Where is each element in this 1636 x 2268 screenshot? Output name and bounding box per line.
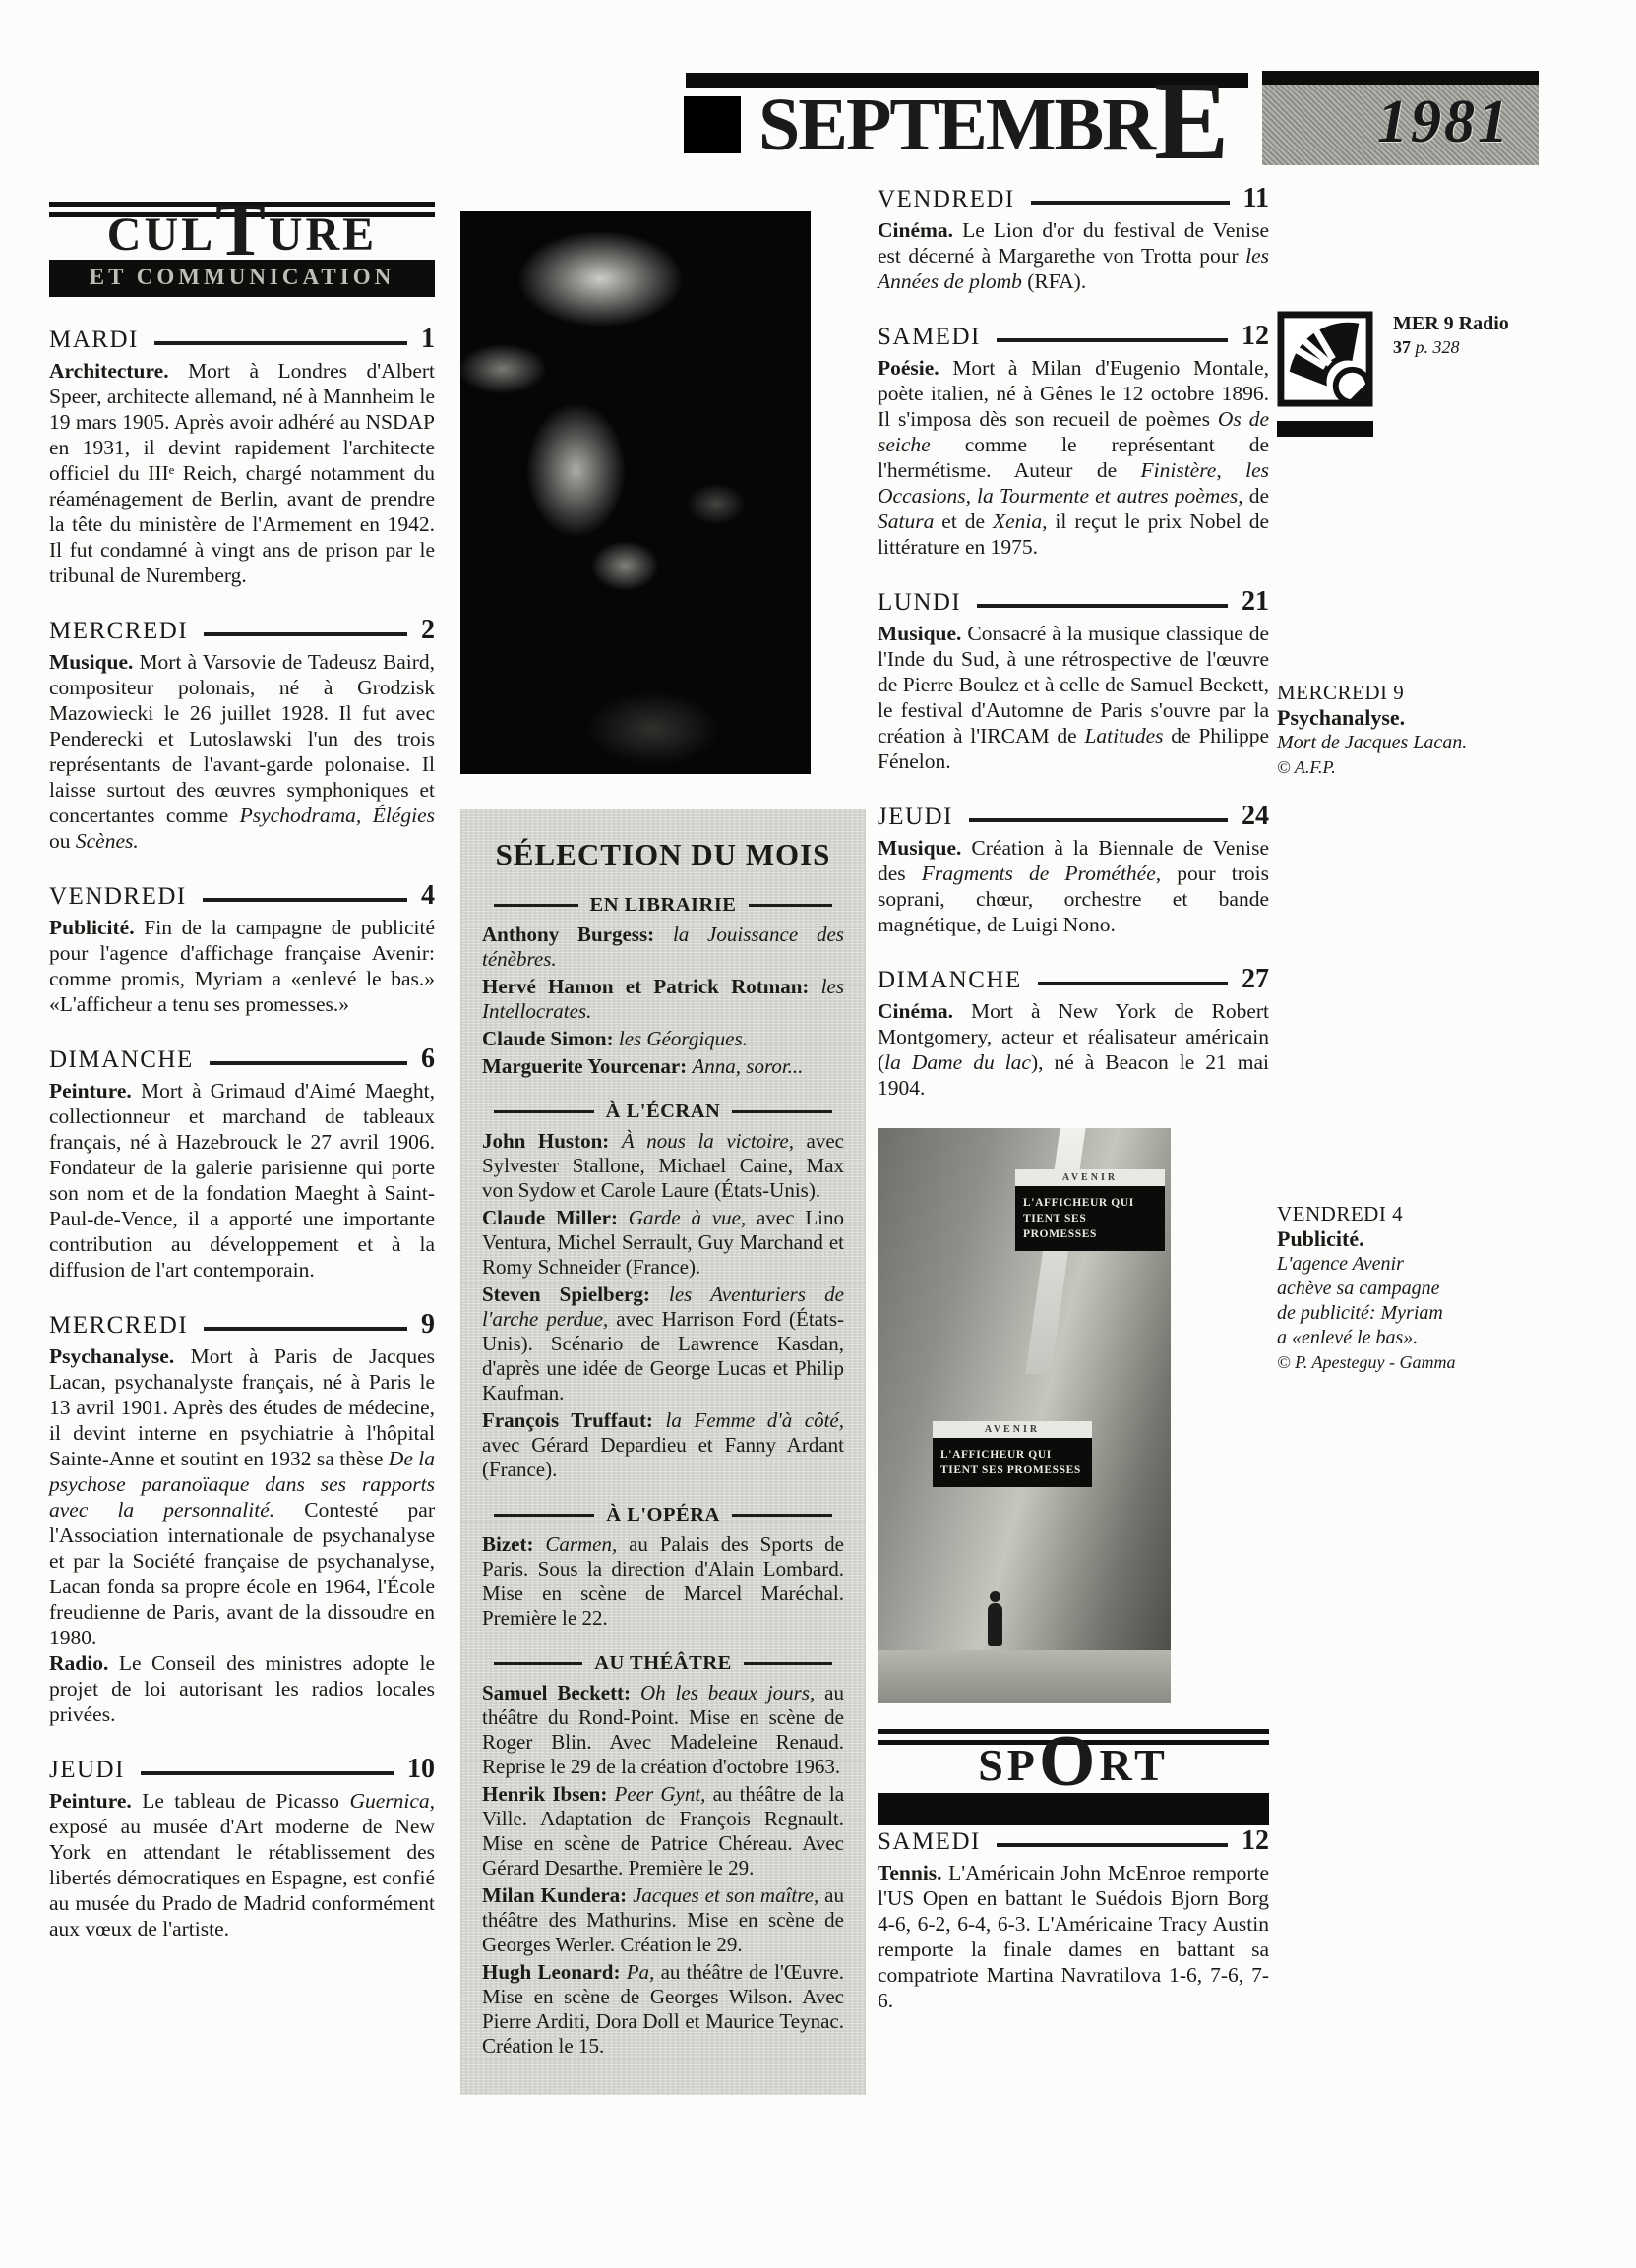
entry-paragraph: Psychanalyse. Mort à Paris de Jacques La… xyxy=(49,1343,435,1650)
day-number: 1 xyxy=(421,324,435,355)
text-run: Mort à Grimaud d'Aimé Maeght, collection… xyxy=(49,1079,435,1282)
day-rule xyxy=(1031,201,1230,205)
middle-column: SÉLECTION DU MOIS EN LIBRAIRIEAnthony Bu… xyxy=(460,211,866,2095)
author-name: Bizet: xyxy=(482,1532,545,1556)
day-entry: JEUDI24Musique. Création à la Biennale d… xyxy=(878,801,1269,937)
entry-paragraph: Poésie. Mort à Milan d'Eugenio Montale, … xyxy=(878,355,1269,560)
italic-title-text: Xenia, xyxy=(993,509,1048,533)
page-number: p. 328 xyxy=(1416,337,1460,357)
day-entry: JEUDI10Peinture. Le tableau de Picasso G… xyxy=(49,1754,435,1941)
italic-title-text: Oh les beaux jours, xyxy=(640,1681,815,1704)
selection-sections: EN LIBRAIRIEAnthony Burgess: la Jouissan… xyxy=(482,894,844,2059)
square-bullet-icon xyxy=(684,96,741,153)
day-rule xyxy=(204,1327,407,1331)
caption-credit: © A.F.P. xyxy=(1277,757,1535,778)
entry-category: Publicité. xyxy=(49,916,144,939)
text-run: Mort à Varsovie de Tadeusz Baird, compos… xyxy=(49,650,435,827)
day-entry-header: MARDI1 xyxy=(49,324,435,355)
text-run: (RFA). xyxy=(1022,269,1086,293)
street-area xyxy=(878,1650,1171,1703)
day-entry-header: DIMANCHE27 xyxy=(878,964,1269,995)
section-rule xyxy=(494,1662,582,1666)
sport-entries: SAMEDI12Tennis. L'Américain John McEnroe… xyxy=(878,1825,1269,2013)
photo-caption-lacan: MERCREDI 9 Psychanalyse. Mort de Jacques… xyxy=(1277,681,1535,778)
entry-paragraph: Musique. Création à la Biennale de Venis… xyxy=(878,835,1269,937)
pedestrian-silhouette xyxy=(988,1603,1002,1646)
author-name: Samuel Beckett: xyxy=(482,1681,640,1704)
selection-section-header: AU THÉÂTRE xyxy=(482,1652,844,1675)
entry-category: Peinture. xyxy=(49,1789,142,1813)
day-entry: DIMANCHE27Cinéma. Mort à New York de Rob… xyxy=(878,964,1269,1101)
entry-category: Musique. xyxy=(878,836,971,860)
entry-category: Musique. xyxy=(49,650,139,674)
italic-title-text: Guernica, xyxy=(349,1789,435,1813)
culture-entries-left: MARDI1Architecture. Mort à Londres d'Alb… xyxy=(49,324,435,1941)
day-entry: LUNDI21Musique. Consacré à la musique cl… xyxy=(878,586,1269,774)
radio-reference: MER 9 Radio 37 p. 328 xyxy=(1277,311,1543,437)
italic-title-text: Jacques et son maître, xyxy=(633,1883,818,1907)
day-rule xyxy=(203,898,407,902)
italic-title-text: Scènes. xyxy=(76,829,139,853)
day-entry-header: VENDREDI4 xyxy=(49,880,435,912)
margin-divider-bar xyxy=(1277,421,1373,437)
day-entry: VENDREDI4Publicité. Fin de la campagne d… xyxy=(49,880,435,1017)
day-entry: SAMEDI12Poésie. Mort à Milan d'Eugenio M… xyxy=(878,321,1269,560)
culture-title: CULTURE xyxy=(49,213,435,257)
day-name: SAMEDI xyxy=(878,1828,981,1856)
day-rule xyxy=(969,818,1228,822)
selection-item: Steven Spielberg: les Aventuriers de l'a… xyxy=(482,1283,844,1405)
selection-item: Bizet: Carmen, au Palais des Sports de P… xyxy=(482,1532,844,1631)
caption-lines: Mort de Jacques Lacan. xyxy=(1277,731,1535,755)
selection-item: Claude Simon: les Géorgiques. xyxy=(482,1027,844,1051)
entry-paragraph: Radio. Le Conseil des ministres adopte l… xyxy=(49,1650,435,1727)
italic-title-text: Peer Gynt, xyxy=(615,1782,706,1806)
billboard-sign-top: AVENIR L'afficheur qui tient ses promess… xyxy=(1015,1169,1165,1251)
day-name: MARDI xyxy=(49,327,139,354)
radio-reference-text: MER 9 Radio 37 p. 328 xyxy=(1393,311,1509,358)
day-number: 2 xyxy=(421,615,435,646)
author-name: Marguerite Yourcenar: xyxy=(482,1054,692,1078)
day-name: JEUDI xyxy=(49,1757,125,1784)
entry-category: Architecture. xyxy=(49,359,188,383)
selection-item: Hugh Leonard: Pa, au théâtre de l'Œuvre.… xyxy=(482,1960,844,2059)
day-number: 4 xyxy=(421,880,435,912)
selection-item: Milan Kundera: Jacques et son maître, au… xyxy=(482,1883,844,1957)
day-entry-header: JEUDI24 xyxy=(878,801,1269,832)
italic-title-text: Satura xyxy=(878,509,934,533)
entry-category: Peinture. xyxy=(49,1079,141,1103)
author-name: Claude Miller: xyxy=(482,1206,629,1229)
italic-title-text: Garde à vue, xyxy=(629,1206,746,1229)
lacan-portrait-photo xyxy=(460,211,811,774)
culture-entries-right: VENDREDI11Cinéma. Le Lion d'or du festiv… xyxy=(878,183,1269,1101)
culture-column-left: CULTURE ET COMMUNICATION MARDI1Architect… xyxy=(49,202,435,1941)
selection-section: AU THÉÂTRESamuel Beckett: Oh les beaux j… xyxy=(482,1652,844,2059)
italic-title-text: Fragments de Prométhée, xyxy=(922,862,1161,885)
day-name: DIMANCHE xyxy=(878,967,1022,994)
day-entry: SAMEDI12Tennis. L'Américain John McEnroe… xyxy=(878,1825,1269,2013)
day-name: VENDREDI xyxy=(49,883,187,911)
section-label: À L'OPÉRA xyxy=(606,1504,720,1526)
day-number: 24 xyxy=(1242,801,1269,832)
day-number: 10 xyxy=(407,1754,435,1785)
magazine-page: SEPTEMBRE 1981 CULTURE ET COMMUNICATION … xyxy=(0,0,1636,2268)
day-rule xyxy=(977,604,1228,608)
year-box: 1981 xyxy=(1262,71,1539,165)
day-entry-header: DIMANCHE6 xyxy=(49,1044,435,1075)
caption-category: Publicité. xyxy=(1277,1226,1535,1252)
section-rule xyxy=(494,1110,594,1114)
selection-item: Hervé Hamon et Patrick Rotman: les Intel… xyxy=(482,975,844,1024)
day-rule xyxy=(1038,982,1228,985)
selection-item: François Truffaut: la Femme d'à côté, av… xyxy=(482,1408,844,1482)
text-run: exposé au musée d'Art moderne de New Yor… xyxy=(49,1815,435,1940)
selection-item: Marguerite Yourcenar: Anna, soror... xyxy=(482,1054,844,1079)
italic-title-text: Anna, soror... xyxy=(692,1054,803,1078)
entry-paragraph: Cinéma. Mort à New York de Robert Montgo… xyxy=(878,998,1269,1101)
billboard-sign-mid: AVENIR L'afficheur qui tient ses promess… xyxy=(933,1421,1092,1487)
section-label: AU THÉÂTRE xyxy=(594,1652,732,1675)
entry-category: Cinéma. xyxy=(878,218,962,242)
radio-dial-icon xyxy=(1277,311,1373,407)
section-rule xyxy=(732,1110,832,1114)
caption-line: Mort de Jacques Lacan. xyxy=(1277,731,1535,755)
italic-title-text: Latitudes xyxy=(1084,724,1163,747)
section-rule xyxy=(732,1514,832,1518)
text-run: avec Gérard Depardieu et Fanny Ardant (F… xyxy=(482,1433,844,1481)
day-name: MERCREDI xyxy=(49,1312,188,1340)
day-number: 21 xyxy=(1242,586,1269,618)
selection-item: Anthony Burgess: la Jouissance des ténèb… xyxy=(482,923,844,972)
day-entry-header: SAMEDI12 xyxy=(878,321,1269,352)
section-rule xyxy=(494,1514,594,1518)
selection-title: SÉLECTION DU MOIS xyxy=(482,837,844,872)
entry-category: Radio. xyxy=(49,1651,119,1675)
day-number: 11 xyxy=(1243,183,1269,214)
photo-caption-avenir: VENDREDI 4 Publicité. L'agence Avenirach… xyxy=(1277,1202,1535,1373)
selection-item: Claude Miller: Garde à vue, avec Lino Ve… xyxy=(482,1206,844,1280)
text-run: ou xyxy=(49,829,76,853)
sport-title: SPORT xyxy=(878,1743,1269,1788)
culture-column-right: VENDREDI11Cinéma. Le Lion d'or du festiv… xyxy=(878,183,1269,2013)
day-number: 6 xyxy=(421,1044,435,1075)
text-run: de xyxy=(1243,484,1269,507)
day-rule xyxy=(997,1843,1228,1847)
day-entry: MERCREDI9Psychanalyse. Mort à Paris de J… xyxy=(49,1309,435,1727)
caption-category: Psychanalyse. xyxy=(1277,705,1535,731)
selection-section-header: EN LIBRAIRIE xyxy=(482,894,844,917)
section-label: EN LIBRAIRIE xyxy=(590,894,737,917)
billboard-brand: AVENIR xyxy=(1015,1169,1165,1186)
italic-title-text: la Dame du lac xyxy=(884,1050,1031,1074)
entry-paragraph: Publicité. Fin de la campagne de publici… xyxy=(49,915,435,1017)
selection-section: À L'ÉCRANJohn Huston: À nous la victoire… xyxy=(482,1101,844,1482)
day-entry-header: LUNDI21 xyxy=(878,586,1269,618)
text-run: Mort à Londres d'Albert Speer, architect… xyxy=(49,359,435,587)
text-run: Le tableau de Picasso xyxy=(142,1789,349,1813)
day-number: 12 xyxy=(1242,1825,1269,1857)
selection-item: Samuel Beckett: Oh les beaux jours, au t… xyxy=(482,1681,844,1779)
day-rule xyxy=(997,338,1228,342)
radio-label: MER 9 Radio xyxy=(1393,313,1509,335)
day-name: JEUDI xyxy=(878,804,953,831)
entry-paragraph: Musique. Consacré à la musique classique… xyxy=(878,621,1269,774)
author-name: Claude Simon: xyxy=(482,1027,619,1050)
sport-header: SPORT xyxy=(878,1729,1269,1825)
day-entry: MARDI1Architecture. Mort à Londres d'Alb… xyxy=(49,324,435,588)
entry-category: Poésie. xyxy=(878,356,952,380)
billboard-photo: AVENIR L'afficheur qui tient ses promess… xyxy=(878,1128,1171,1703)
italic-title-text: les Géorgiques. xyxy=(619,1027,748,1050)
italic-title-text: la Femme d'à côté, xyxy=(665,1408,844,1432)
section-label: À L'ÉCRAN xyxy=(606,1101,721,1123)
author-name: Hugh Leonard: xyxy=(482,1960,627,1984)
caption-line: L'agence Avenir xyxy=(1277,1252,1535,1277)
italic-title-text: Pa, xyxy=(627,1960,655,1984)
day-entry: DIMANCHE6Peinture. Mort à Grimaud d'Aimé… xyxy=(49,1044,435,1283)
caption-line: de publicité: Myriam xyxy=(1277,1301,1535,1326)
caption-day: MERCREDI 9 xyxy=(1277,681,1535,705)
entry-paragraph: Architecture. Mort à Londres d'Albert Sp… xyxy=(49,358,435,588)
author-name: Milan Kundera: xyxy=(482,1883,633,1907)
entry-paragraph: Peinture. Le tableau de Picasso Guernica… xyxy=(49,1788,435,1941)
day-entry-header: VENDREDI11 xyxy=(878,183,1269,214)
day-name: DIMANCHE xyxy=(49,1046,194,1074)
selection-section: EN LIBRAIRIEAnthony Burgess: la Jouissan… xyxy=(482,894,844,1079)
selection-section: À L'OPÉRABizet: Carmen, au Palais des Sp… xyxy=(482,1504,844,1631)
day-rule xyxy=(154,341,407,345)
author-name: Hervé Hamon et Patrick Rotman: xyxy=(482,975,821,998)
author-name: Anthony Burgess: xyxy=(482,923,673,946)
day-rule xyxy=(210,1061,407,1065)
day-rule xyxy=(141,1771,394,1775)
entry-category: Musique. xyxy=(878,622,967,645)
caption-credit: © P. Apesteguy - Gamma xyxy=(1277,1352,1535,1373)
italic-title-text: Psychodrama, Élégies xyxy=(240,804,435,827)
day-entry-header: MERCREDI9 xyxy=(49,1309,435,1341)
italic-title-text: Carmen, xyxy=(545,1532,617,1556)
entry-paragraph: Musique. Mort à Varsovie de Tadeusz Bair… xyxy=(49,649,435,854)
caption-day: VENDREDI 4 xyxy=(1277,1202,1535,1226)
selection-section-header: À L'ÉCRAN xyxy=(482,1101,844,1123)
day-rule xyxy=(204,632,407,636)
selection-section-header: À L'OPÉRA xyxy=(482,1504,844,1526)
billboard-slogan: L'afficheur qui tient ses promesses xyxy=(1015,1186,1165,1251)
entry-category: Tennis. xyxy=(878,1861,948,1884)
author-name: François Truffaut: xyxy=(482,1408,665,1432)
entry-category: Psychanalyse. xyxy=(49,1344,191,1368)
billboard-slogan: L'afficheur qui tient ses promesses xyxy=(933,1438,1092,1487)
selection-item: Henrik Ibsen: Peer Gynt, au théâtre de l… xyxy=(482,1782,844,1880)
billboard-brand: AVENIR xyxy=(933,1421,1092,1438)
author-name: Henrik Ibsen: xyxy=(482,1782,615,1806)
author-name: John Huston: xyxy=(482,1129,622,1153)
day-entry-header: SAMEDI12 xyxy=(878,1825,1269,1857)
selection-du-mois-box: SÉLECTION DU MOIS EN LIBRAIRIEAnthony Bu… xyxy=(460,809,866,2095)
caption-line: achève sa campagne xyxy=(1277,1277,1535,1301)
day-name: VENDREDI xyxy=(878,186,1015,213)
issue-number: 37 xyxy=(1393,337,1411,357)
day-entry: VENDREDI11Cinéma. Le Lion d'or du festiv… xyxy=(878,183,1269,294)
entry-paragraph: Cinéma. Le Lion d'or du festival de Veni… xyxy=(878,217,1269,294)
caption-line: a «enlevé le bas». xyxy=(1277,1326,1535,1350)
day-name: SAMEDI xyxy=(878,324,981,351)
day-number: 9 xyxy=(421,1309,435,1341)
italic-title-text: À nous la victoire, xyxy=(622,1129,794,1153)
selection-item: John Huston: À nous la victoire, avec Sy… xyxy=(482,1129,844,1203)
section-rule xyxy=(494,904,578,908)
day-entry-header: MERCREDI2 xyxy=(49,615,435,646)
year-label: 1981 xyxy=(1262,85,1539,159)
entry-paragraph: Peinture. Mort à Grimaud d'Aimé Maeght, … xyxy=(49,1078,435,1283)
day-entry: MERCREDI2Musique. Mort à Varsovie de Tad… xyxy=(49,615,435,854)
day-number: 27 xyxy=(1242,964,1269,995)
author-name: Steven Spielberg: xyxy=(482,1283,669,1306)
day-entry-header: JEUDI10 xyxy=(49,1754,435,1785)
day-name: MERCREDI xyxy=(49,618,188,645)
section-rule xyxy=(749,904,833,908)
radio-page-ref: 37 p. 328 xyxy=(1393,337,1509,358)
section-rule xyxy=(744,1662,832,1666)
month-header: SEPTEMBRE xyxy=(684,83,1229,168)
day-number: 12 xyxy=(1242,321,1269,352)
entry-paragraph: Tennis. L'Américain John McEnroe remport… xyxy=(878,1860,1269,2013)
caption-lines: L'agence Avenirachève sa campagnede publ… xyxy=(1277,1252,1535,1350)
month-title: SEPTEMBRE xyxy=(758,84,1229,166)
day-name: LUNDI xyxy=(878,589,961,617)
entry-category: Cinéma. xyxy=(878,999,971,1023)
text-run: et de xyxy=(934,509,993,533)
